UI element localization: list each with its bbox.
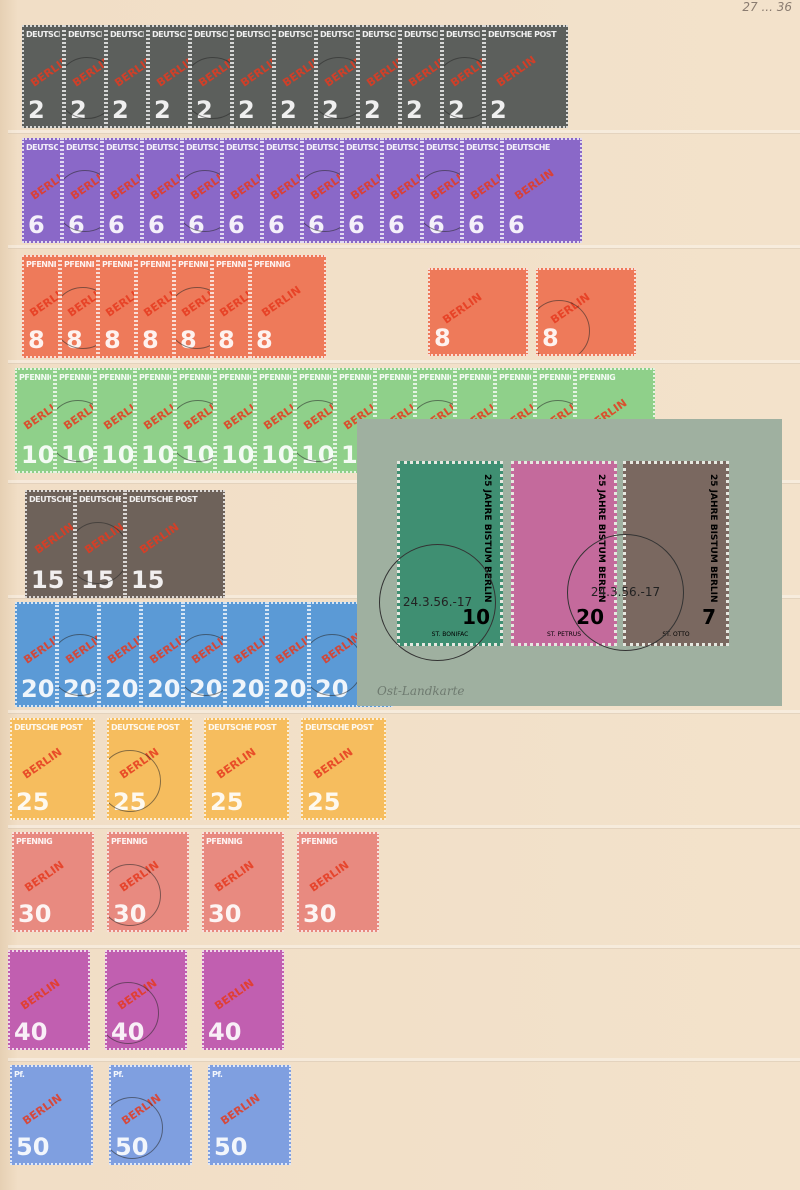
stamp: 20BERLIN — [99, 602, 141, 707]
stamp: DEUTSCHE6BERLIN — [422, 138, 462, 243]
stamp: DEUTSCHE6BERLIN — [302, 138, 342, 243]
stamp: Pf.50BERLIN — [109, 1065, 192, 1165]
stamp: DEUTSCHE POST2BERLIN — [316, 25, 358, 128]
stamp: Pf.50BERLIN — [10, 1065, 93, 1165]
stamp-row: DEUTSCHE POST2BERLINDEUTSCHE POST2BERLIN… — [22, 25, 568, 128]
stamp: PFENNIG30BERLIN — [12, 832, 94, 932]
stamp: PFENNIG30BERLIN — [202, 832, 284, 932]
stamp: DEUTSCHE6BERLIN — [342, 138, 382, 243]
stamp: 8BERLIN — [536, 268, 636, 356]
stock-strip — [8, 360, 800, 364]
stamp: DEUTSCHE POST15BERLIN — [25, 490, 75, 598]
stamp: DEUTSCHE POST25BERLIN — [301, 718, 386, 820]
stamp: PFENNIG10BERLIN — [135, 368, 175, 473]
stamp: DEUTSCHE POST2BERLIN — [190, 25, 232, 128]
stamp: DEUTSCHE POST2BERLIN — [484, 25, 568, 128]
stock-strip — [8, 130, 800, 134]
pencil-note: 27 ... 36 — [742, 0, 792, 14]
stamp: DEUTSCHE POST25BERLIN — [204, 718, 289, 820]
stock-strip — [8, 245, 800, 249]
stamp: PFENNIG8BERLIN — [60, 255, 98, 358]
stamp-row: 40BERLIN40BERLIN40BERLIN — [8, 950, 284, 1050]
stamp-row: Pf.50BERLINPf.50BERLINPf.50BERLIN — [10, 1065, 291, 1165]
stamp-row: PFENNIG8BERLINPFENNIG8BERLINPFENNIG8BERL… — [22, 255, 326, 358]
stamp: DEUTSCHE6BERLIN — [182, 138, 222, 243]
postmark-right: 24.3.56.-17 — [567, 534, 684, 651]
stamp-row: 8BERLIN8BERLIN — [428, 268, 636, 356]
stamp: 40BERLIN — [105, 950, 187, 1050]
stamp: PFENNIG8BERLIN — [22, 255, 60, 358]
stamp: 20BERLIN — [183, 602, 225, 707]
stamp: DEUTSCHE6BERLIN — [62, 138, 102, 243]
stamp: PFENNIG8BERLIN — [174, 255, 212, 358]
stamp: 40BERLIN — [202, 950, 284, 1050]
stamp: DEUTSCHE6BERLIN — [142, 138, 182, 243]
stamp: PFENNIG10BERLIN — [15, 368, 55, 473]
stamp: DEUTSCHE6BERLIN — [262, 138, 302, 243]
stamp: DEUTSCHE POST2BERLIN — [22, 25, 64, 128]
souvenir-block-piece: 25 JAHRE BISTUM BERLIN 10 ST. BONIFAC 25… — [357, 419, 782, 706]
stamp-row: PFENNIG30BERLINPFENNIG30BERLINPFENNIG30B… — [12, 832, 379, 932]
stamp-row: DEUTSCHE POST25BERLINDEUTSCHE POST25BERL… — [10, 718, 386, 820]
stamp: DEUTSCHE6BERLIN — [382, 138, 422, 243]
stamp: PFENNIG10BERLIN — [295, 368, 335, 473]
stock-strip — [8, 825, 800, 829]
stamp: DEUTSCHE POST15BERLIN — [75, 490, 125, 598]
stamp: PFENNIG10BERLIN — [215, 368, 255, 473]
postmark-left: 24.3.56.-17 — [379, 544, 496, 661]
stamp-row: DEUTSCHE6BERLINDEUTSCHE6BERLINDEUTSCHE6B… — [22, 138, 582, 243]
stamp: 20BERLIN — [15, 602, 57, 707]
stamp: DEUTSCHE POST25BERLIN — [107, 718, 192, 820]
stamp: 20BERLIN — [267, 602, 309, 707]
stamp: DEUTSCHE6BERLIN — [22, 138, 62, 243]
stamp: DEUTSCHE POST2BERLIN — [232, 25, 274, 128]
stamp: 40BERLIN — [8, 950, 90, 1050]
stamp: DEUTSCHE POST2BERLIN — [106, 25, 148, 128]
stock-strip — [8, 1058, 800, 1062]
stock-strip — [8, 945, 800, 949]
stamp-row: DEUTSCHE POST15BERLINDEUTSCHE POST15BERL… — [25, 490, 225, 598]
stock-strip — [8, 710, 800, 714]
stamp: 8BERLIN — [428, 268, 528, 356]
stamp: 20BERLIN — [57, 602, 99, 707]
stamp-row: 20BERLIN20BERLIN20BERLIN20BERLIN20BERLIN… — [15, 602, 393, 707]
stamp: DEUTSCHE POST2BERLIN — [274, 25, 316, 128]
stamp: PFENNIG30BERLIN — [297, 832, 379, 932]
stamp: DEUTSCHE POST2BERLIN — [64, 25, 106, 128]
stamp: PFENNIG10BERLIN — [55, 368, 95, 473]
stamp: Pf.50BERLIN — [208, 1065, 291, 1165]
stamp: DEUTSCHE6BERLIN — [222, 138, 262, 243]
stamp: 20BERLIN — [225, 602, 267, 707]
stamp: DEUTSCHE POST2BERLIN — [442, 25, 484, 128]
stamp: PFENNIG8BERLIN — [136, 255, 174, 358]
stamp: PFENNIG10BERLIN — [95, 368, 135, 473]
stamp: 20BERLIN — [141, 602, 183, 707]
stamp: PFENNIG10BERLIN — [255, 368, 295, 473]
stamp: PFENNIG8BERLIN — [250, 255, 326, 358]
stamp: DEUTSCHE POST2BERLIN — [148, 25, 190, 128]
stamp: DEUTSCHE6BERLIN — [502, 138, 582, 243]
stamp: DEUTSCHE POST2BERLIN — [400, 25, 442, 128]
stamp: PFENNIG30BERLIN — [107, 832, 189, 932]
stamp: PFENNIG8BERLIN — [212, 255, 250, 358]
stamp: DEUTSCHE6BERLIN — [462, 138, 502, 243]
stamp: DEUTSCHE POST2BERLIN — [358, 25, 400, 128]
stamp: PFENNIG10BERLIN — [175, 368, 215, 473]
stamp: PFENNIG8BERLIN — [98, 255, 136, 358]
stamp: DEUTSCHE6BERLIN — [102, 138, 142, 243]
handwriting: Ost-Landkarte — [377, 684, 465, 698]
stamp: DEUTSCHE POST25BERLIN — [10, 718, 95, 820]
stamp: DEUTSCHE POST15BERLIN — [125, 490, 225, 598]
